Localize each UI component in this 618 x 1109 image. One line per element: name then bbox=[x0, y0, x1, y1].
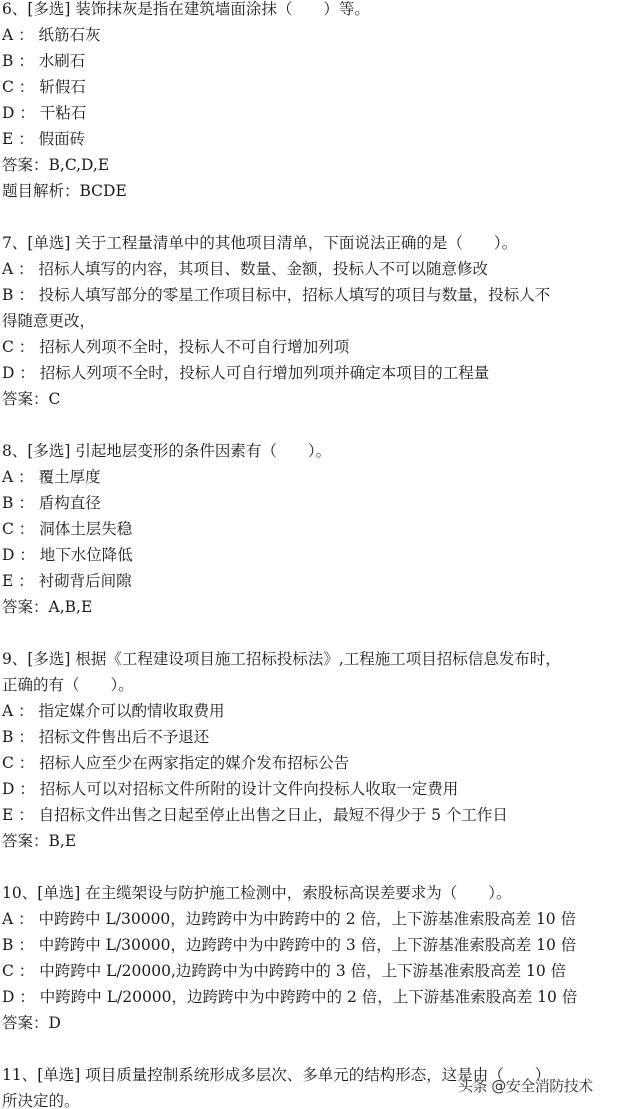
question-8-stem: 8、[多选] 引起地层变形的条件因素有（ ）。 bbox=[2, 438, 618, 464]
question-9-option-c: C ： 招标人应至少在两家指定的媒介发布招标公告 bbox=[2, 750, 618, 776]
question-7-option-a: A ： 招标人填写的内容，其项目、数量、金额，投标人不可以随意修改 bbox=[2, 256, 618, 282]
question-6-option-b: B ： 水刷石 bbox=[2, 48, 618, 74]
question-8-answer: 答案：A,B,E bbox=[2, 594, 618, 620]
question-7-option-b-cont: 得随意更改， bbox=[2, 308, 618, 334]
question-6-option-e: E ： 假面砖 bbox=[2, 126, 618, 152]
spacer bbox=[2, 412, 618, 438]
question-6-analysis: 题目解析：BCDE bbox=[2, 178, 618, 204]
question-8-option-c: C ： 洞体土层失稳 bbox=[2, 516, 618, 542]
question-6-option-c: C ： 斩假石 bbox=[2, 74, 618, 100]
question-9-option-e: E ： 自招标文件出售之日起至停止出售之日止，最短不得少于 5 个工作日 bbox=[2, 802, 618, 828]
question-6-stem: 6、[多选] 装饰抹灰是指在建筑墙面涂抹（ ）等。 bbox=[2, 0, 618, 22]
question-10-option-c: C ： 中跨跨中 L/20000,边跨跨中为中跨跨中的 3 倍，上下游基准索股高… bbox=[2, 958, 618, 984]
question-8-option-e: E ： 衬砌背后间隙 bbox=[2, 568, 618, 594]
question-8-option-d: D ： 地下水位降低 bbox=[2, 542, 618, 568]
question-8-option-a: A ： 覆土厚度 bbox=[2, 464, 618, 490]
source-watermark: 头条 @安全消防技术 bbox=[458, 1075, 593, 1096]
question-7-option-c: C ： 招标人列项不全时，投标人不可自行增加列项 bbox=[2, 334, 618, 360]
question-10-answer: 答案：D bbox=[2, 1010, 618, 1036]
spacer bbox=[2, 620, 618, 646]
question-9-stem: 9、[多选] 根据《工程建设项目施工招标投标法》,工程施工项目招标信息发布时， bbox=[2, 646, 618, 672]
question-6-option-a: A ： 纸筋石灰 bbox=[2, 22, 618, 48]
question-6-option-d: D ： 干粘石 bbox=[2, 100, 618, 126]
spacer bbox=[2, 1036, 618, 1062]
question-10-option-a: A ： 中跨跨中 L/30000，边跨跨中为中跨跨中的 2 倍，上下游基准索股高… bbox=[2, 906, 618, 932]
question-8-option-b: B ： 盾构直径 bbox=[2, 490, 618, 516]
question-9-option-d: D ： 招标人可以对招标文件所附的设计文件向投标人收取一定费用 bbox=[2, 776, 618, 802]
question-9-option-a: A ： 指定媒介可以酌情收取费用 bbox=[2, 698, 618, 724]
spacer bbox=[2, 204, 618, 230]
question-7-stem: 7、[单选] 关于工程量清单中的其他项目清单，下面说法正确的是（ ）。 bbox=[2, 230, 618, 256]
question-10-option-b: B ： 中跨跨中 L/30000，边跨跨中为中跨跨中的 3 倍，上下游基准索股高… bbox=[2, 932, 618, 958]
question-10-option-d: D ： 中跨跨中 L/20000，边跨跨中为中跨跨中的 2 倍，上下游基准索股高… bbox=[2, 984, 618, 1010]
question-7-option-b: B ： 投标人填写部分的零星工作项目标中，招标人填写的项目与数量，投标人不 bbox=[2, 282, 618, 308]
question-7-answer: 答案：C bbox=[2, 386, 618, 412]
question-6-answer: 答案：B,C,D,E bbox=[2, 152, 618, 178]
question-9-answer: 答案：B,E bbox=[2, 828, 618, 854]
question-10-stem: 10、[单选] 在主缆架设与防护施工检测中，索股标高误差要求为（ ）。 bbox=[2, 880, 618, 906]
question-7-option-d: D ： 招标人列项不全时，投标人可自行增加列项并确定本项目的工程量 bbox=[2, 360, 618, 386]
question-9-option-b: B ： 招标文件售出后不予退还 bbox=[2, 724, 618, 750]
spacer bbox=[2, 854, 618, 880]
question-document: 6、[多选] 装饰抹灰是指在建筑墙面涂抹（ ）等。 A ： 纸筋石灰 B ： 水… bbox=[2, 0, 618, 1109]
question-9-stem-cont: 正确的有（ ）。 bbox=[2, 672, 618, 698]
